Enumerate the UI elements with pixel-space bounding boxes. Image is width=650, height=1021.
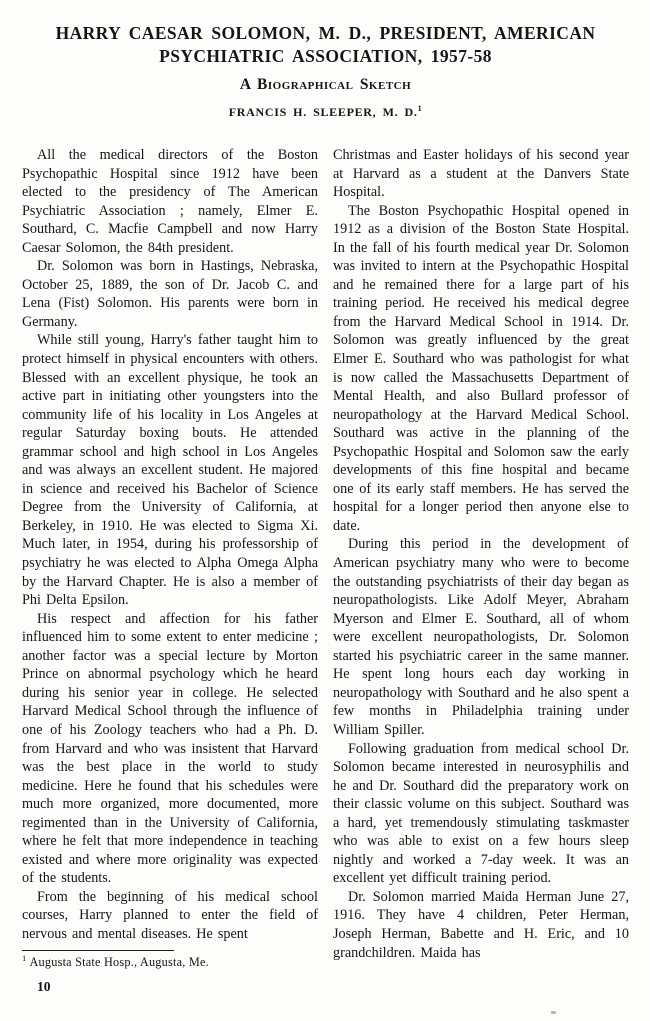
article-subtitle: A Biographical Sketch bbox=[22, 76, 629, 94]
paragraph: During this period in the development of… bbox=[333, 535, 629, 739]
paragraph: All the medical directors of the Boston … bbox=[22, 146, 318, 257]
left-column-paragraphs: All the medical directors of the Boston … bbox=[22, 146, 318, 944]
paragraph: His respect and affection for his father… bbox=[22, 610, 318, 888]
paragraph: Following graduation from medical school… bbox=[333, 740, 629, 888]
document-page: HARRY CAESAR SOLOMON, M. D., PRESIDENT, … bbox=[0, 0, 650, 1021]
paragraph: The Boston Psychopathic Hospital opened … bbox=[333, 202, 629, 536]
right-column: Christmas and Easter holidays of his sec… bbox=[333, 146, 629, 995]
scan-speck bbox=[551, 1011, 556, 1014]
paragraph: Dr. Solomon married Maida Herman June 27… bbox=[333, 888, 629, 962]
author-footnote-marker: 1 bbox=[418, 104, 423, 113]
right-column-paragraphs: Christmas and Easter holidays of his sec… bbox=[333, 146, 629, 962]
paragraph: While still young, Harry's father taught… bbox=[22, 331, 318, 609]
footnote-rule bbox=[22, 950, 174, 952]
paragraph: Dr. Solomon was born in Hastings, Nebras… bbox=[22, 257, 318, 331]
paragraph: Christmas and Easter holidays of his sec… bbox=[333, 146, 629, 202]
author-byline: FRANCIS H. SLEEPER, M. D.1 bbox=[22, 105, 629, 120]
author-name: FRANCIS H. SLEEPER, M. D. bbox=[229, 105, 418, 119]
paragraph: From the beginning of his medical school… bbox=[22, 888, 318, 944]
left-column: All the medical directors of the Boston … bbox=[22, 146, 318, 995]
footnote-marker: 1 bbox=[22, 953, 26, 963]
footnote-text: Augusta State Hosp., Augusta, Me. bbox=[29, 955, 208, 969]
article-body: All the medical directors of the Boston … bbox=[22, 146, 629, 995]
footnote: 1Augusta State Hosp., Augusta, Me. bbox=[22, 955, 318, 970]
article-title: HARRY CAESAR SOLOMON, M. D., PRESIDENT, … bbox=[43, 22, 608, 67]
page-number: 10 bbox=[37, 979, 318, 995]
footnote-block: 1Augusta State Hosp., Augusta, Me. 10 bbox=[22, 944, 318, 996]
